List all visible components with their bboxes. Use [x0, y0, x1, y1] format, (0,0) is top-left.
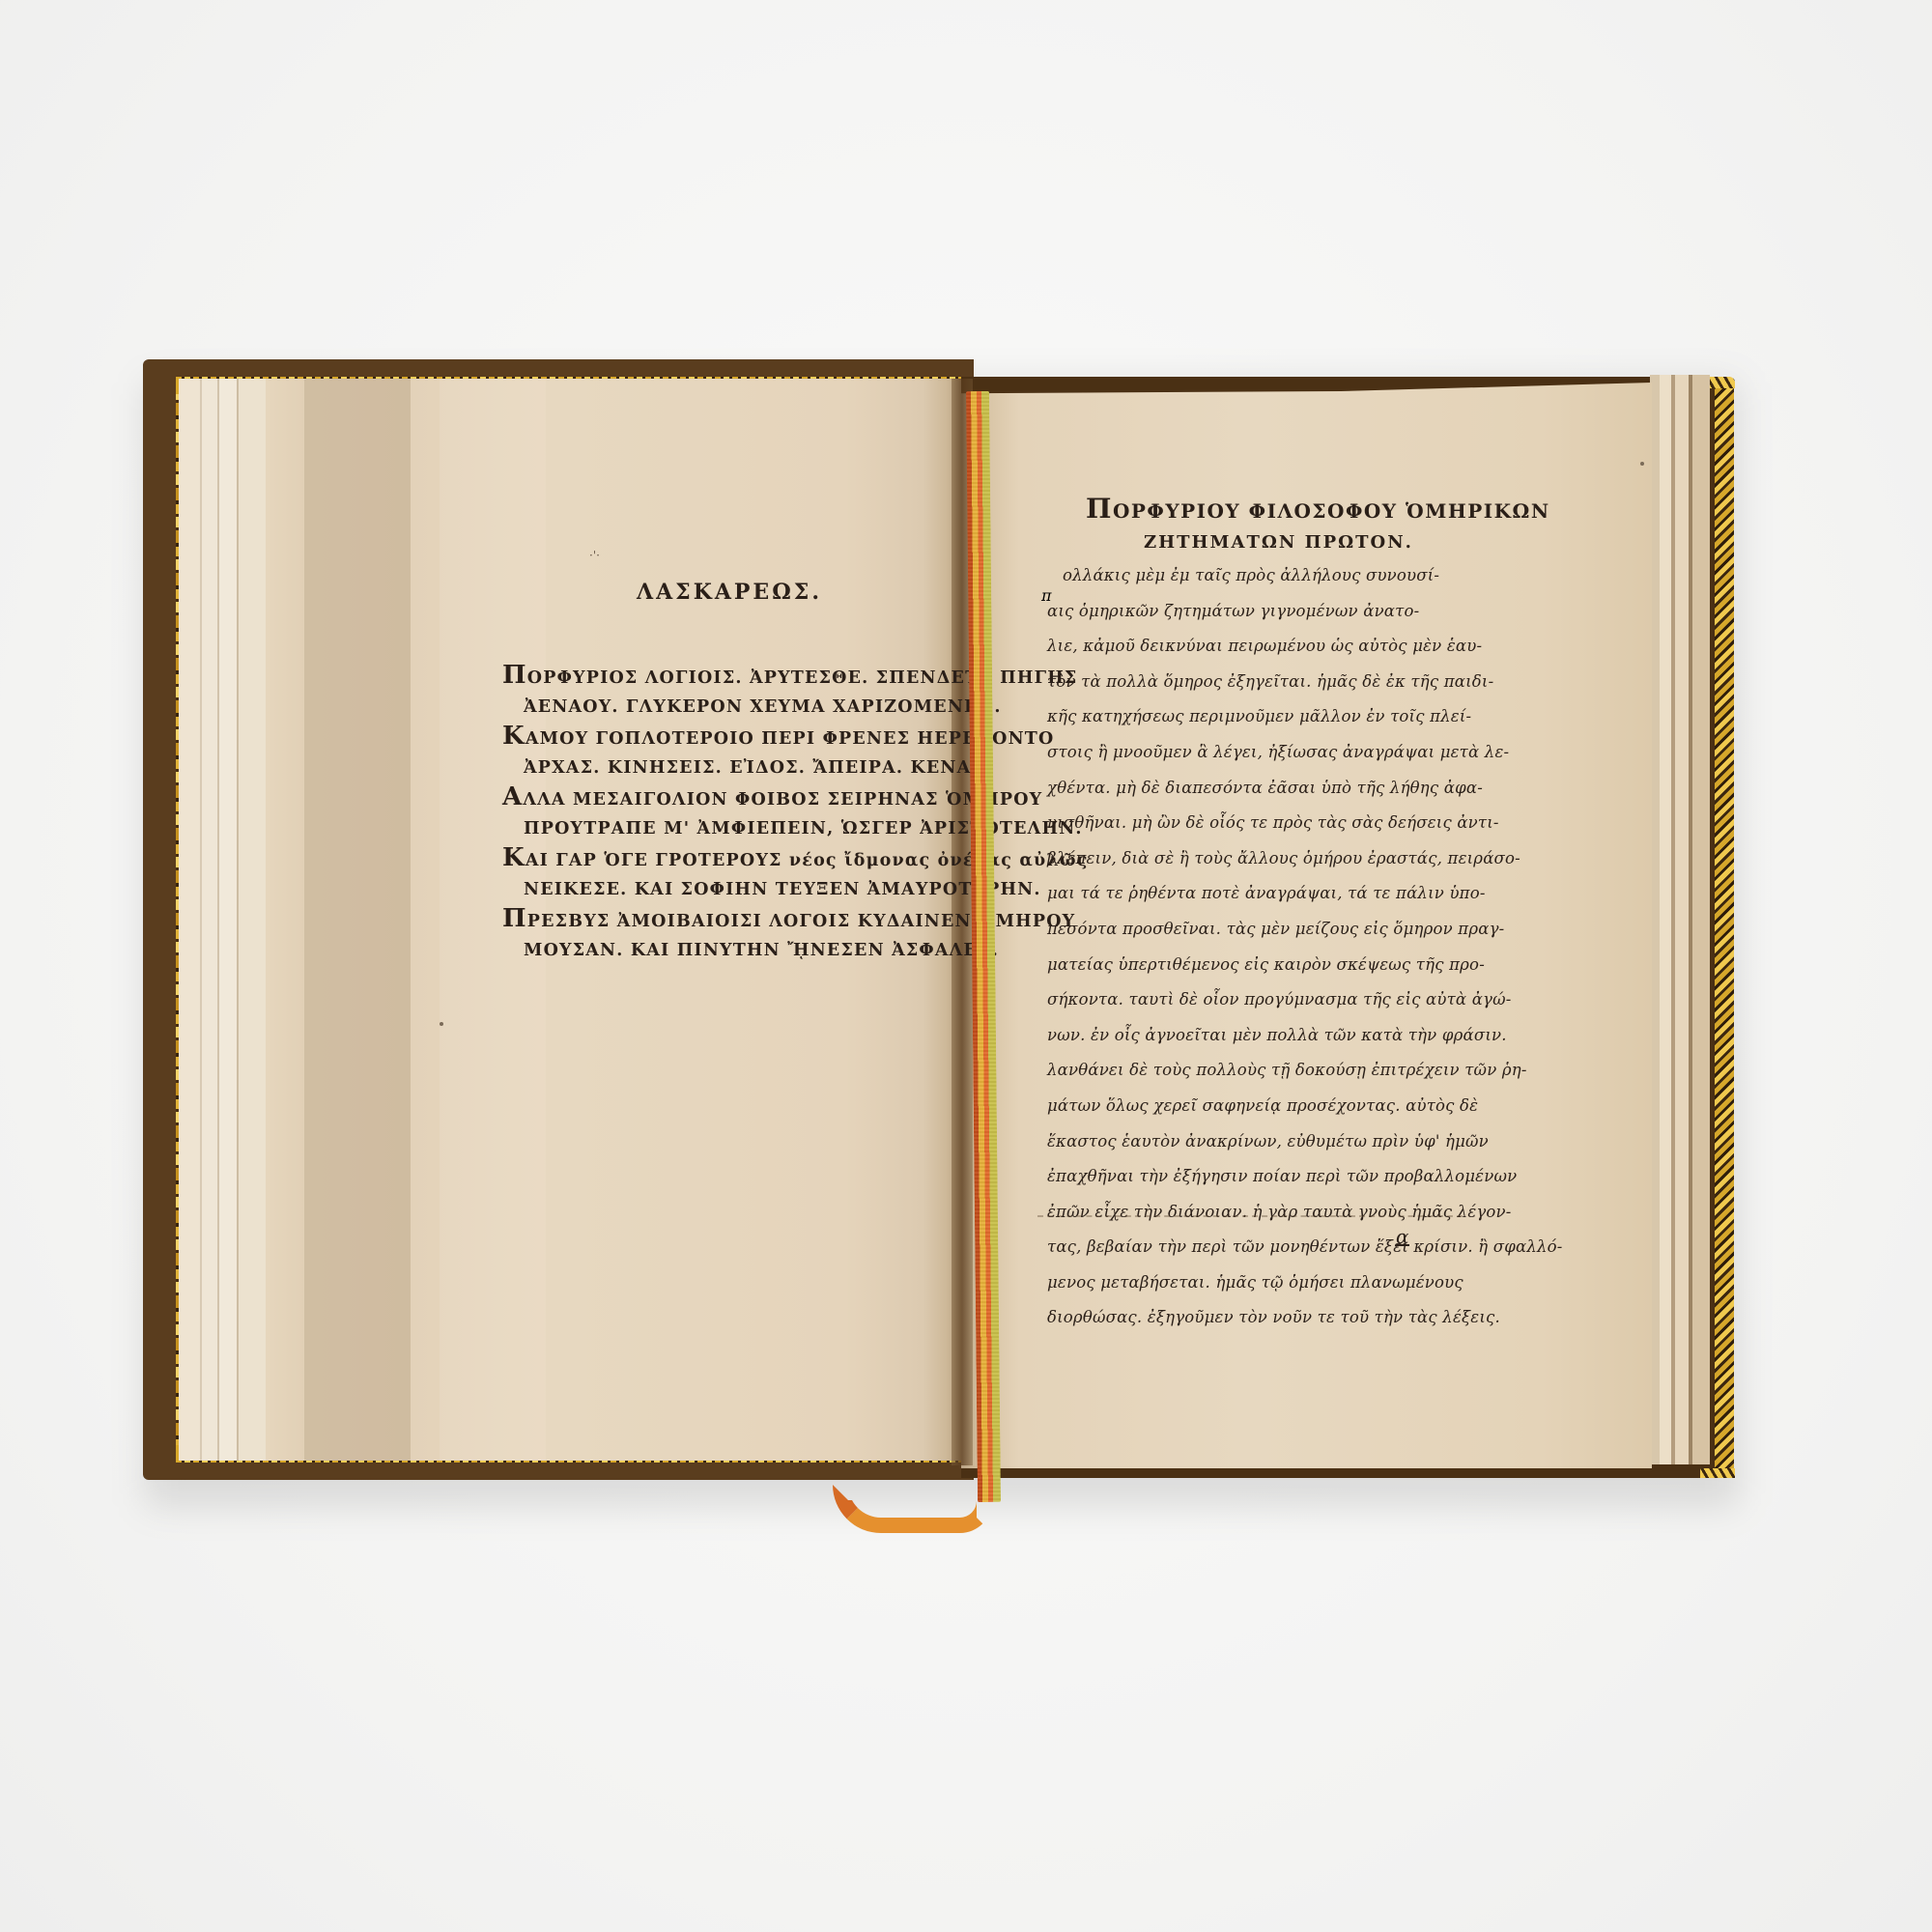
prose-line: ἕκαστος ἑαυτὸν ἀνακρίνων, εὐθυμέτω πρὶν …: [1047, 1124, 1458, 1160]
verse-line: ΑΛΛΑ ΜΕΣΑΙΓΟΛΙΟΝ ΦΟΙΒΟΣ ΣΕΙΡΗΝΑΣ ὉΜΗΡΟΥ: [502, 782, 956, 814]
verse-line: ΠΟΡΦΥΡΙΟΣ ΛΟΓΙΟΙΣ. ἈΡΥΤΕΣΘΕ. ΣΠΕΝΔΕΤΕ ΠΗ…: [502, 661, 956, 693]
prose-line: μάτων ὅλως χερεῖ σαφηνείᾳ προσέχοντας. α…: [1047, 1089, 1458, 1124]
prose-line: ματείας ὑπερτιθέμενος εἰς καιρὸν σκέψεως…: [1047, 948, 1458, 983]
left-page-text: ΛΑΣΚΑΡΕΩΣ. ΠΟΡΦΥΡΙΟΣ ΛΟΓΙΟΙΣ. ἈΡΥΤΕΣΘΕ. …: [502, 580, 956, 965]
prose-line: μαι τά τε ῥηθέντα ποτὲ ἀναγράψαι, τά τε …: [1047, 876, 1458, 912]
prose-line: βλέπειν, διὰ σὲ ἢ τοὺς ἄλλους ὁμήρου ἐρα…: [1047, 841, 1458, 877]
prose-line: διορθώσας. ἐξηγοῦμεν τὸν νοῦν τε τοῦ τὴν…: [1047, 1300, 1458, 1336]
prose-line: αις ὁμηρικῶν ζητημάτων γιγνομένων ἀνατο-: [1047, 594, 1458, 630]
verse-line: ΚΑΜΟΥ ΓΟΠΛΟΤΕΡΟΙΟ ΠΕΡΙ ΦΡΕΝΕΣ ΗΕΡΕΘΟΝΤΟ: [502, 722, 956, 753]
prose-line: λιε, κἀμοῦ δεικνύναι πειρωμένου ὡς αὐτὸς…: [1047, 629, 1458, 665]
prose-line: ολλάκις μὲμ ἐμ ταῖς πρὸς ἀλλήλους συνουσ…: [1047, 558, 1458, 594]
prose-line: νισθῆναι. μὴ ὢν δὲ οἷός τε πρὸς τὰς σὰς …: [1047, 806, 1458, 841]
drop-initial: Κ: [502, 843, 526, 872]
prose-line: ἐπαχθῆναι τὴν ἐξήγησιν ποίαν περὶ τῶν πρ…: [1047, 1159, 1458, 1195]
prose-line: λανθάνει δὲ τοὺς πολλοὺς τῇ δοκούσῃ ἐπιτ…: [1047, 1053, 1458, 1089]
drop-initial: Π: [502, 661, 527, 690]
verse-line: ἈΕΝΑΟΥ. ΓΛΥΚΕΡΟΝ ΧΕΥΜΑ ΧΑΡΙΖΟΜΕΝΗΣ.: [502, 693, 956, 722]
verse-line: ΚΑΙ ΓΑΡ ὉΓΕ ΓΡΟΤΕΡΟΥΣ νέος ἴδμονας ὀνέρα…: [502, 843, 956, 875]
right-page-title: ΠΟΡΦΥΡΙΟΥ ΦΙΛΟΣΟΦΟΥ ὉΜΗΡΙΚΩΝ: [1047, 493, 1458, 525]
page-shade-band: [304, 379, 411, 1461]
signature-mark: α: [1396, 1229, 1409, 1246]
drop-initial: Κ: [502, 722, 526, 751]
drop-initial: Α: [502, 782, 523, 811]
prose-line: πεσόντα προσθεῖναι. τὰς μὲν μείζους εἰς …: [1047, 912, 1458, 948]
left-page-heading: ΛΑΣΚΑΡΕΩΣ.: [502, 580, 956, 605]
prose-line: κῆς κατηχήσεως περιμνοῦμεν μᾶλλον ἐν τοῖ…: [1047, 699, 1458, 735]
prose-line: μενος μεταβήσεται. ἡμᾶς τῷ ὁμήσει πλανωμ…: [1047, 1265, 1458, 1301]
verse-line: ἈΡΧΑΣ. ΚΙΝΗΣΕΙΣ. ΕἸΔΟΣ. ἌΠΕΙΡΑ. ΚΕΝΑ.: [502, 753, 956, 782]
prose-line: χθέντα. μὴ δὲ διαπεσόντα ἐᾶσαι ὑπὸ τῆς λ…: [1047, 771, 1458, 807]
right-page-edges: [1650, 375, 1710, 1464]
left-page-edges: [179, 379, 266, 1461]
right-gilt-border: [1715, 379, 1734, 1476]
right-page-subtitle: ΖΗΤΗΜΑΤΩΝ ΠΡΩΤΟΝ.: [1047, 532, 1458, 553]
margin-guide-letter: π: [1041, 586, 1052, 605]
drop-initial: Π: [1086, 493, 1113, 525]
verse-line: ΜΟΥΣΑΝ. ΚΑΙ ΠΙΝΥΤΗΝ ᾜΝΕΣΕΝ ἈΣΦΑΛΕΑ.: [502, 936, 956, 965]
paper-spot: [1640, 462, 1644, 466]
ribbon-bookmark-loop[interactable]: [833, 1485, 992, 1533]
prose-line: σήκοντα. ταυτὶ δὲ οἷον προγύμνασμα τῆς ε…: [1047, 982, 1458, 1018]
verse-line: ΝΕΙΚΕΣΕ. ΚΑΙ ΣΟΦΙΗΝ ΤΕΥΞΕΝ ἈΜΑΥΡΟΤΕΡΗΝ.: [502, 875, 956, 904]
prose-line: νων. ἐν οἷς ἀγνοεῖται μὲν πολλὰ τῶν κατὰ…: [1047, 1018, 1458, 1054]
stray-ink-marks: ·'·: [589, 549, 600, 562]
verse-line: ΠΡΟΥΤΡΑΠΕ Μ' ἈΜΦΙΕΠΕΙΝ, ὩΣΓΕΡ ἈΡΙΣΤΟΤΕΛΗ…: [502, 814, 956, 843]
verse-line: ΠΡΕΣΒΥΣ ἈΜΟΙΒΑΙΟΙΣΙ ΛΟΓΟΙΣ ΚΥΔΑΙΝΕΝ ὉΜΗΡ…: [502, 904, 956, 936]
drop-initial: Π: [502, 904, 527, 933]
prose-line: στοις ἢ μνοοῦμεν ἃ λέγει, ἠξίωσας ἀναγρά…: [1047, 735, 1458, 771]
paper-spot: [440, 1022, 443, 1026]
text-block-rule: [1037, 1215, 1463, 1217]
right-page-text: ΠΟΡΦΥΡΙΟΥ ΦΙΛΟΣΟΦΟΥ ὉΜΗΡΙΚΩΝ ΖΗΤΗΜΑΤΩΝ Π…: [1047, 493, 1458, 1336]
right-gilt-border-bottom: [1700, 1468, 1735, 1478]
prose-line: τὸν τὰ πολλὰ ὅμηρος ἐξηγεῖται. ἡμᾶς δὲ ἐ…: [1047, 665, 1458, 700]
